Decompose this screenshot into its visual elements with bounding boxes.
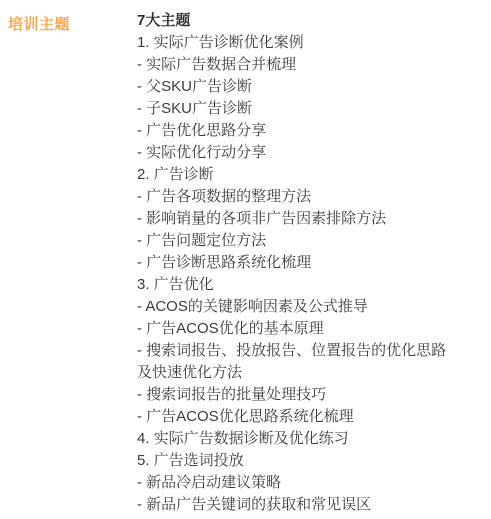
topic-line: - 广告问题定位方法 — [137, 230, 489, 252]
topic-line: - 实际广告数据合并梳理 — [137, 54, 489, 76]
topic-line: - 搜索词报告的批量处理技巧 — [137, 384, 489, 406]
topic-line: - 广告各项数据的整理方法 — [137, 186, 489, 208]
topic-line: - 广告ACOS优化的基本原理 — [137, 318, 489, 340]
topic-line-section-3: 3. 广告优化 — [137, 274, 489, 296]
topic-line: - 实际优化行动分享 — [137, 142, 489, 164]
topic-line: - 广告诊断思路系统化梳理 — [137, 252, 489, 274]
topic-line: - 搜索词报告、投放报告、位置报告的优化思路 — [137, 340, 489, 362]
topic-line: - ACOS的关键影响因素及公式推导 — [137, 296, 489, 318]
topics-heading: 7大主题 — [137, 10, 489, 32]
topic-line-wrap: 及快速优化方法 — [137, 362, 489, 384]
topic-line-section-2: 2. 广告诊断 — [137, 164, 489, 186]
topic-line: - 新品广告关键词的获取和常见误区 — [137, 494, 489, 516]
topic-line: - 父SKU广告诊断 — [137, 76, 489, 98]
training-topics-label: 培训主题 — [8, 13, 128, 34]
topic-line: - 广告优化思路分享 — [137, 120, 489, 142]
topic-line-section-4: 4. 实际广告数据诊断及优化练习 — [137, 428, 489, 450]
topic-line: - 子SKU广告诊断 — [137, 98, 489, 120]
topic-line-section-1: 1. 实际广告诊断优化案例 — [137, 32, 489, 54]
topic-line: - 新品冷启动建议策略 — [137, 472, 489, 494]
topic-line: - 广告ACOS优化思路系统化梳理 — [137, 406, 489, 428]
topic-line-section-5: 5. 广告选词投放 — [137, 450, 489, 472]
training-topics-list: 7大主题 1. 实际广告诊断优化案例 - 实际广告数据合并梳理 - 父SKU广告… — [137, 10, 489, 516]
topic-line: - 影响销量的各项非广告因素排除方法 — [137, 208, 489, 230]
